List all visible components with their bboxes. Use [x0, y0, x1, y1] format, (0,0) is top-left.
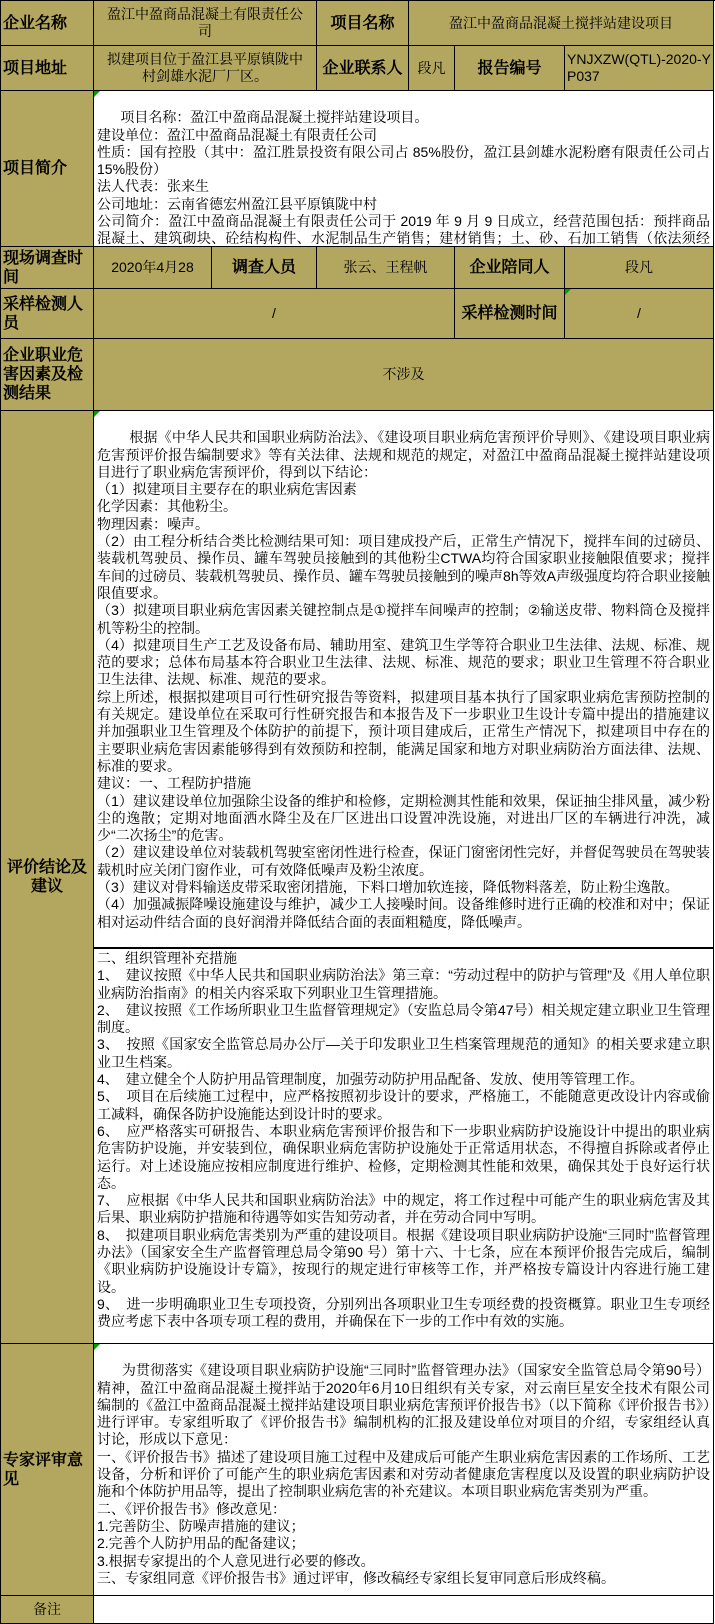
row-address-contact: 项目地址 拟建项目位于盈江县平原镇陇中村剑雄水泥厂厂区。 企业联系人 段凡 报告… — [1, 46, 715, 91]
row-remarks: 备注 — [1, 1596, 715, 1624]
contact-value: 段凡 — [409, 46, 455, 91]
escort-label: 企业陪同人 — [455, 247, 565, 289]
profile-content: 项目名称：盈江中盈商品混凝土搅拌站建设项目。 建设单位：盈江中盈商品混凝土有限责… — [94, 91, 714, 247]
survey-time-label: 现场调查时间 — [1, 247, 94, 289]
hazard-result-value: 不涉及 — [94, 339, 714, 411]
expert-review-content: 为贯彻落实《建设项目职业病防护设施“三同时”监督管理办法》（国家安全监管总局令第… — [94, 1344, 714, 1596]
hazard-result-label: 企业职业危害因素及检测结果 — [1, 339, 94, 411]
report-no-label: 报告编号 — [455, 46, 565, 91]
row-hazard-result: 企业职业危害因素及检测结果 不涉及 — [1, 339, 715, 411]
project-address-label: 项目地址 — [1, 46, 94, 91]
escort-value: 段凡 — [565, 247, 714, 289]
conclusion-part1: 根据《中华人民共和国职业病防治法》、《建设项目职业病危害预评价导则》、《建设项目… — [94, 411, 714, 949]
conclusion-label: 评价结论及建议 — [1, 411, 94, 1344]
report-table: 企业名称 盈江中盈商品混凝土有限责任公司 项目名称 盈江中盈商品混凝土搅拌站建设… — [0, 0, 715, 1624]
remarks-label: 备注 — [1, 1596, 94, 1624]
surveyor-value: 张云、王程帆 — [317, 247, 455, 289]
conclusion-content-stack: 根据《中华人民共和国职业病防治法》、《建设项目职业病危害预评价导则》、《建设项目… — [94, 411, 714, 1344]
conclusion-part2: 二、组织管理补充措施 1、 建议按照《中华人民共和国职业病防治法》第三章：“劳动… — [94, 949, 714, 1344]
conclusion-part1-text: 根据《中华人民共和国职业病防治法》、《建设项目职业病危害预评价导则》、《建设项目… — [97, 429, 710, 929]
row-conclusion: 评价结论及建议 根据《中华人民共和国职业病防治法》、《建设项目职业病危害预评价导… — [1, 411, 715, 1344]
profile-text: 项目名称：盈江中盈商品混凝土搅拌站建设项目。 建设单位：盈江中盈商品混凝土有限责… — [97, 109, 714, 247]
excel-green-corner-icon — [94, 411, 100, 417]
sampling-staff-value: / — [94, 289, 455, 339]
contact-label: 企业联系人 — [317, 46, 409, 91]
project-name-label: 项目名称 — [317, 1, 409, 46]
row-company-project: 企业名称 盈江中盈商品混凝土有限责任公司 项目名称 盈江中盈商品混凝土搅拌站建设… — [1, 1, 715, 46]
sampling-time-value: / — [565, 289, 714, 339]
excel-green-corner-icon — [565, 289, 571, 295]
sampling-staff-label: 采样检测人员 — [1, 289, 94, 339]
company-name-value: 盈江中盈商品混凝土有限责任公司 — [94, 1, 317, 46]
row-expert-review: 专家评审意见 为贯彻落实《建设项目职业病防护设施“三同时”监督管理办法》（国家安… — [1, 1344, 715, 1596]
excel-green-corner-icon — [94, 1344, 100, 1350]
profile-label: 项目简介 — [1, 91, 94, 247]
row-survey: 现场调查时间 2020年4月28 调查人员 张云、王程帆 企业陪同人 段凡 — [1, 247, 715, 289]
report-no-value: YNJXZW(QTL)-2020-YP037 — [565, 46, 714, 91]
row-sampling: 采样检测人员 / 采样检测时间 / — [1, 289, 715, 339]
excel-green-corner-icon — [94, 91, 100, 97]
sampling-time-text: / — [637, 305, 641, 322]
survey-date-value: 2020年4月28 — [94, 247, 212, 289]
remarks-content — [94, 1596, 714, 1624]
surveyor-label: 调查人员 — [212, 247, 317, 289]
expert-review-label: 专家评审意见 — [1, 1344, 94, 1596]
project-name-value: 盈江中盈商品混凝土搅拌站建设项目 — [409, 1, 714, 46]
project-address-value: 拟建项目位于盈江县平原镇陇中村剑雄水泥厂厂区。 — [94, 46, 317, 91]
sampling-time-label: 采样检测时间 — [455, 289, 565, 339]
expert-review-text: 为贯彻落实《建设项目职业病防护设施“三同时”监督管理办法》（国家安全监管总局令第… — [97, 1362, 710, 1586]
company-name-label: 企业名称 — [1, 1, 94, 46]
row-profile: 项目简介 项目名称：盈江中盈商品混凝土搅拌站建设项目。 建设单位：盈江中盈商品混… — [1, 91, 715, 247]
